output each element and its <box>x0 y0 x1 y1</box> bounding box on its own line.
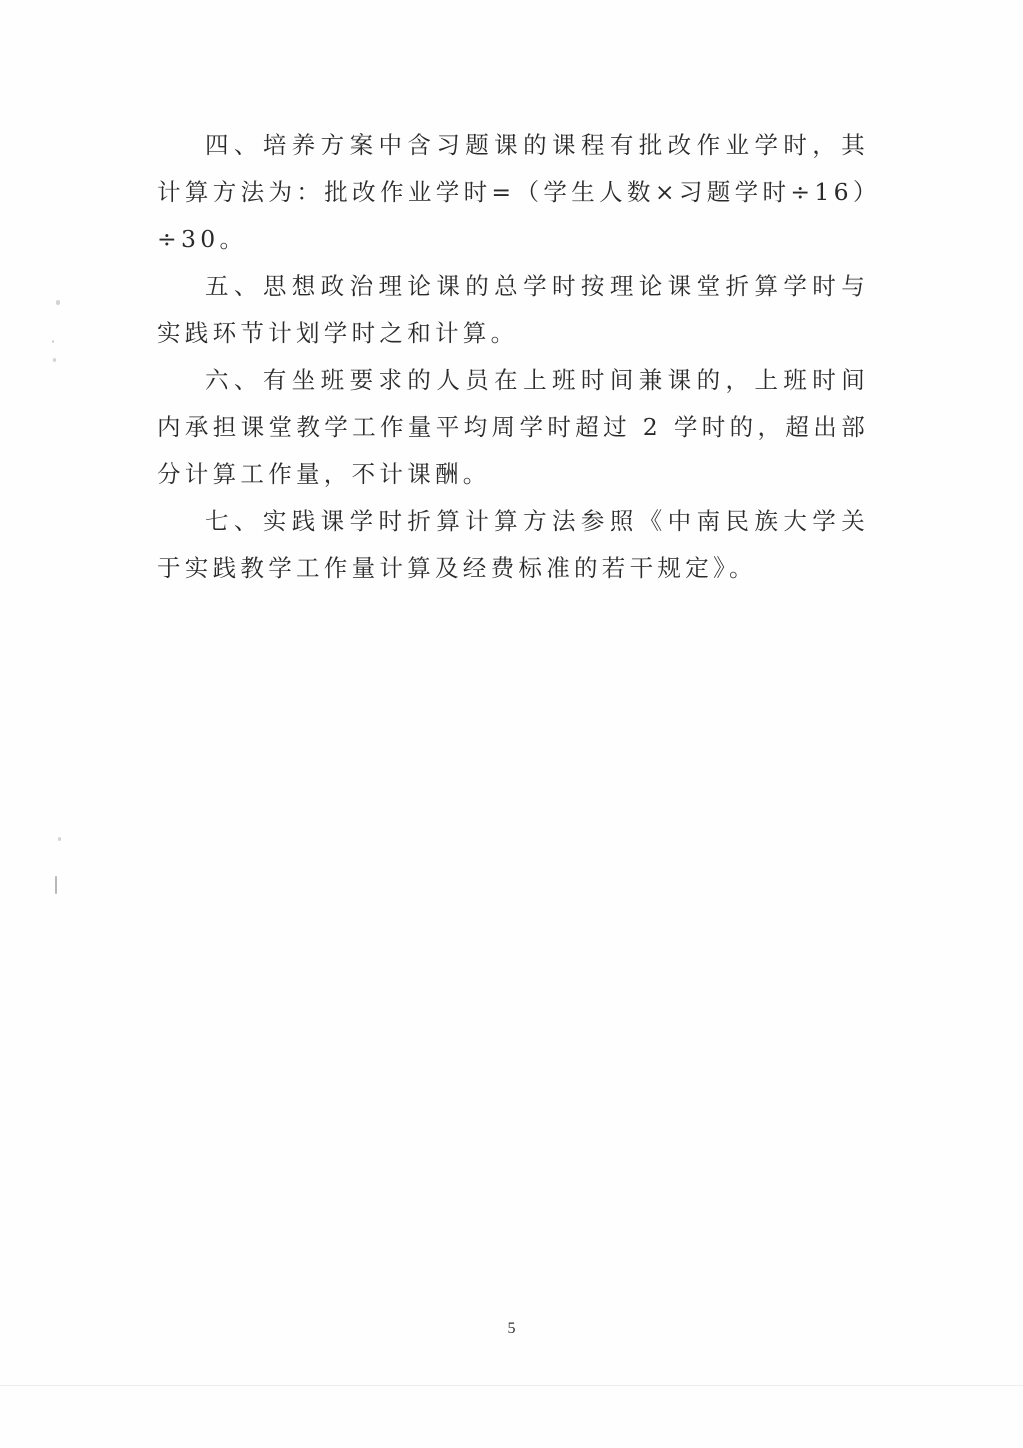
scan-artifact <box>55 876 57 894</box>
scan-artifact <box>58 837 61 841</box>
scan-artifact <box>53 358 56 362</box>
document-page: 四、培养方案中含习题课的课程有批改作业学时，其计算方法为：批改作业学时=（学生人… <box>0 0 1023 1448</box>
paragraph-item-6: 六、有坐班要求的人员在上班时间兼课的，上班时间内承担课堂教学工作量平均周学时超过… <box>157 357 869 498</box>
page-number: 5 <box>0 1320 1023 1338</box>
scan-artifact <box>52 340 54 343</box>
page-bottom-edge <box>0 1385 1023 1386</box>
paragraph-item-5: 五、思想政治理论课的总学时按理论课堂折算学时与实践环节计划学时之和计算。 <box>157 263 869 357</box>
paragraph-item-4: 四、培养方案中含习题课的课程有批改作业学时，其计算方法为：批改作业学时=（学生人… <box>157 122 869 263</box>
scan-artifact <box>56 300 60 305</box>
document-body: 四、培养方案中含习题课的课程有批改作业学时，其计算方法为：批改作业学时=（学生人… <box>157 122 869 592</box>
paragraph-item-7: 七、实践课学时折算计算方法参照《中南民族大学关于实践教学工作量计算及经费标准的若… <box>157 498 869 592</box>
